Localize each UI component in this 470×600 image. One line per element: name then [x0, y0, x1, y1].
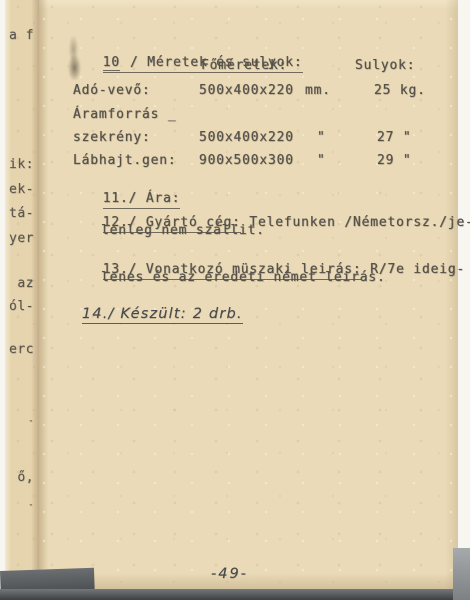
- row-unit: ": [317, 153, 326, 168]
- row-weight: 29 ": [377, 153, 412, 168]
- margin-fragment: yer: [9, 231, 34, 246]
- document-page: 10/ Méretek és sulyok: Főméretek: Sulyok…: [39, 0, 458, 589]
- margin-fragment: az: [17, 276, 34, 291]
- section-14-handwritten: 14./ Készült: 2 drb.: [47, 290, 243, 338]
- row-label: Áramforrás _: [73, 107, 177, 122]
- margin-fragment: tá-: [9, 206, 34, 221]
- margin-fragment: a f: [9, 28, 34, 43]
- header-weight-label: Sulyok:: [355, 58, 415, 73]
- row-weight: 27 ": [377, 130, 412, 145]
- row-weight: 25 kg.: [374, 83, 426, 98]
- margin-fragment: ő,: [17, 470, 34, 485]
- row-unit: mm.: [305, 83, 331, 98]
- page-number: -49-: [211, 566, 248, 582]
- margin-fragment: -: [28, 416, 34, 426]
- margin-fragment: ól-: [9, 299, 34, 314]
- margin-fragment: ik:: [9, 157, 34, 172]
- row-unit: ": [317, 130, 326, 145]
- row-dims: 500x400x220: [199, 130, 294, 145]
- row-label: Lábhajt.gen:: [73, 153, 177, 168]
- section-12-text: Telefunken /Németorsz./je-: [241, 215, 470, 230]
- scanned-document: a f ik: ek- tá- yer az ól- erc - ő, - 10…: [0, 0, 470, 600]
- margin-fragment: -: [28, 500, 34, 510]
- previous-page-strip: a f ik: ek- tá- yer az ól- erc - ő, -: [5, 0, 40, 572]
- margin-fragment: ek-: [9, 182, 34, 197]
- row-dims: 500x400x220: [199, 83, 294, 98]
- row-dims: 900x500x300: [199, 153, 294, 168]
- bottom-edge-shadow: [0, 589, 470, 600]
- section-number: 10: [103, 55, 120, 71]
- section-12-continuation: lenleg nem szállit.: [101, 223, 265, 238]
- row-label: Adó-vevő:: [73, 83, 151, 98]
- right-edge-shadow: [453, 548, 470, 600]
- row-label: szekrény:: [73, 130, 151, 145]
- section-13-continuation: lenes és az eredeti német leirás.: [101, 270, 386, 285]
- header-dims-label: Főméretek:: [201, 58, 287, 73]
- margin-fragment: erc: [9, 342, 34, 357]
